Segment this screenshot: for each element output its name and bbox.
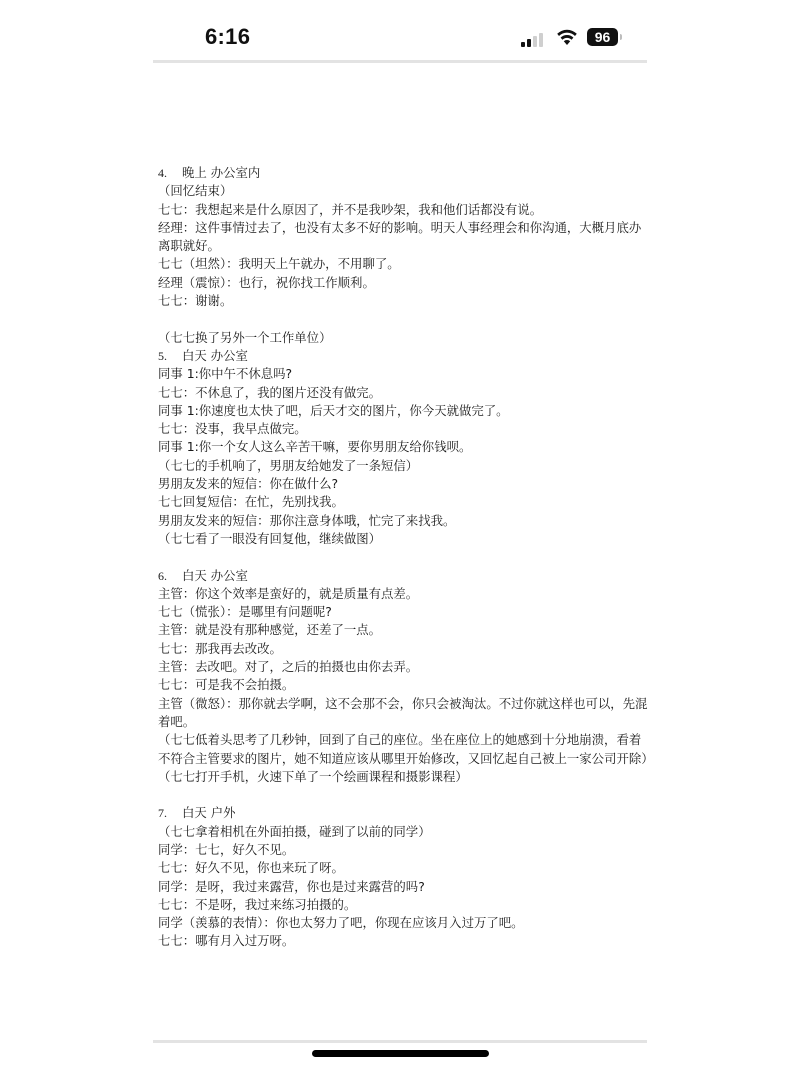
dialogue-line: 男朋友发来的短信：你在做什么? [158,475,648,493]
scene-heading: 5.白天 办公室 [158,347,648,365]
scene-number: 6. [158,567,182,585]
scene-heading: 7.白天 户外 [158,804,648,822]
stage-direction: （七七换了另外一个工作单位） [158,329,648,347]
blank-line [158,548,648,566]
dialogue-line: 七七：不是呀，我过来练习拍摄的。 [158,896,648,914]
page-top-divider [153,60,647,63]
battery-icon: 96 [587,28,618,46]
dialogue-line: 主管：你这个效率是蛮好的，就是质量有点差。 [158,585,648,603]
home-indicator[interactable] [312,1050,489,1057]
battery-cap [620,34,622,40]
dialogue-line: 同学（羡慕的表情）：你也太努力了吧，你现在应该月入过万了吧。 [158,914,648,932]
page-bottom-divider [153,1040,647,1043]
dialogue-line: 同学：七七，好久不见。 [158,841,648,859]
dialogue-line: 主管（微怒）：那你就去学啊，这不会那不会，你只会被淘汰。不过你就这样也可以，先混… [158,695,648,732]
dialogue-line: 七七：没事，我早点做完。 [158,420,648,438]
dialogue-line: 七七（坦然）：我明天上午就办，不用聊了。 [158,255,648,273]
dialogue-line: 七七回复短信：在忙，先别找我。 [158,493,648,511]
dialogue-line: 七七（慌张）：是哪里有问题呢? [158,603,648,621]
stage-direction: （七七的手机响了，男朋友给她发了一条短信） [158,457,648,475]
cellular-signal-icon [521,33,547,47]
script-document: 4.晚上 办公室内（回忆结束）七七：我想起来是什么原因了，并不是我吵架，我和他们… [158,164,648,951]
stage-direction: （七七低着头思考了几秒钟，回到了自己的座位。坐在座位上的她感到十分地崩溃，看着不… [158,731,648,768]
dialogue-line: 同事 1:你速度也太快了吧，后天才交的图片，你今天就做完了。 [158,402,648,420]
blank-line [158,786,648,804]
blank-line [158,310,648,328]
wifi-icon [556,28,578,46]
dialogue-line: 七七：我想起来是什么原因了，并不是我吵架，我和他们话都没有说。 [158,201,648,219]
dialogue-line: 七七：好久不见，你也来玩了呀。 [158,859,648,877]
dialogue-line: 七七：那我再去改改。 [158,640,648,658]
dialogue-line: 经理（震惊）：也行，祝你找工作顺利。 [158,274,648,292]
stage-direction: （七七看了一眼没有回复他，继续做图） [158,530,648,548]
dialogue-line: 七七：谢谢。 [158,292,648,310]
scene-number: 7. [158,804,182,822]
dialogue-line: 同事 1:你一个女人这么辛苦干嘛，要你男朋友给你钱呗。 [158,438,648,456]
scene-number: 4. [158,164,182,182]
dialogue-line: 同事 1:你中午不休息吗? [158,365,648,383]
dialogue-line: 七七：可是我不会拍摄。 [158,676,648,694]
dialogue-line: 七七：哪有月入过万呀。 [158,932,648,950]
stage-direction: （七七打开手机，火速下单了一个绘画课程和摄影课程） [158,768,648,786]
dialogue-line: 男朋友发来的短信：那你注意身体哦，忙完了来找我。 [158,512,648,530]
scene-heading: 6.白天 办公室 [158,567,648,585]
dialogue-line: 主管：去改吧。对了，之后的拍摄也由你去弄。 [158,658,648,676]
stage-direction: （回忆结束） [158,182,648,200]
status-bar: 6:16 96 [0,0,800,60]
scene-heading: 4.晚上 办公室内 [158,164,648,182]
dialogue-line: 经理：这件事情过去了，也没有太多不好的影响。明天人事经理会和你沟通，大概月底办离… [158,219,648,256]
scene-title: 白天 户外 [182,805,236,820]
scene-title: 白天 办公室 [182,568,248,583]
stage-direction: （七七拿着相机在外面拍摄，碰到了以前的同学） [158,823,648,841]
dialogue-line: 主管：就是没有那种感觉，还差了一点。 [158,621,648,639]
scene-title: 白天 办公室 [182,348,248,363]
scene-title: 晚上 办公室内 [182,165,260,180]
dialogue-line: 七七：不休息了，我的图片还没有做完。 [158,384,648,402]
scene-number: 5. [158,347,182,365]
clock-time: 6:16 [205,24,250,50]
dialogue-line: 同学：是呀，我过来露营，你也是过来露营的吗? [158,878,648,896]
